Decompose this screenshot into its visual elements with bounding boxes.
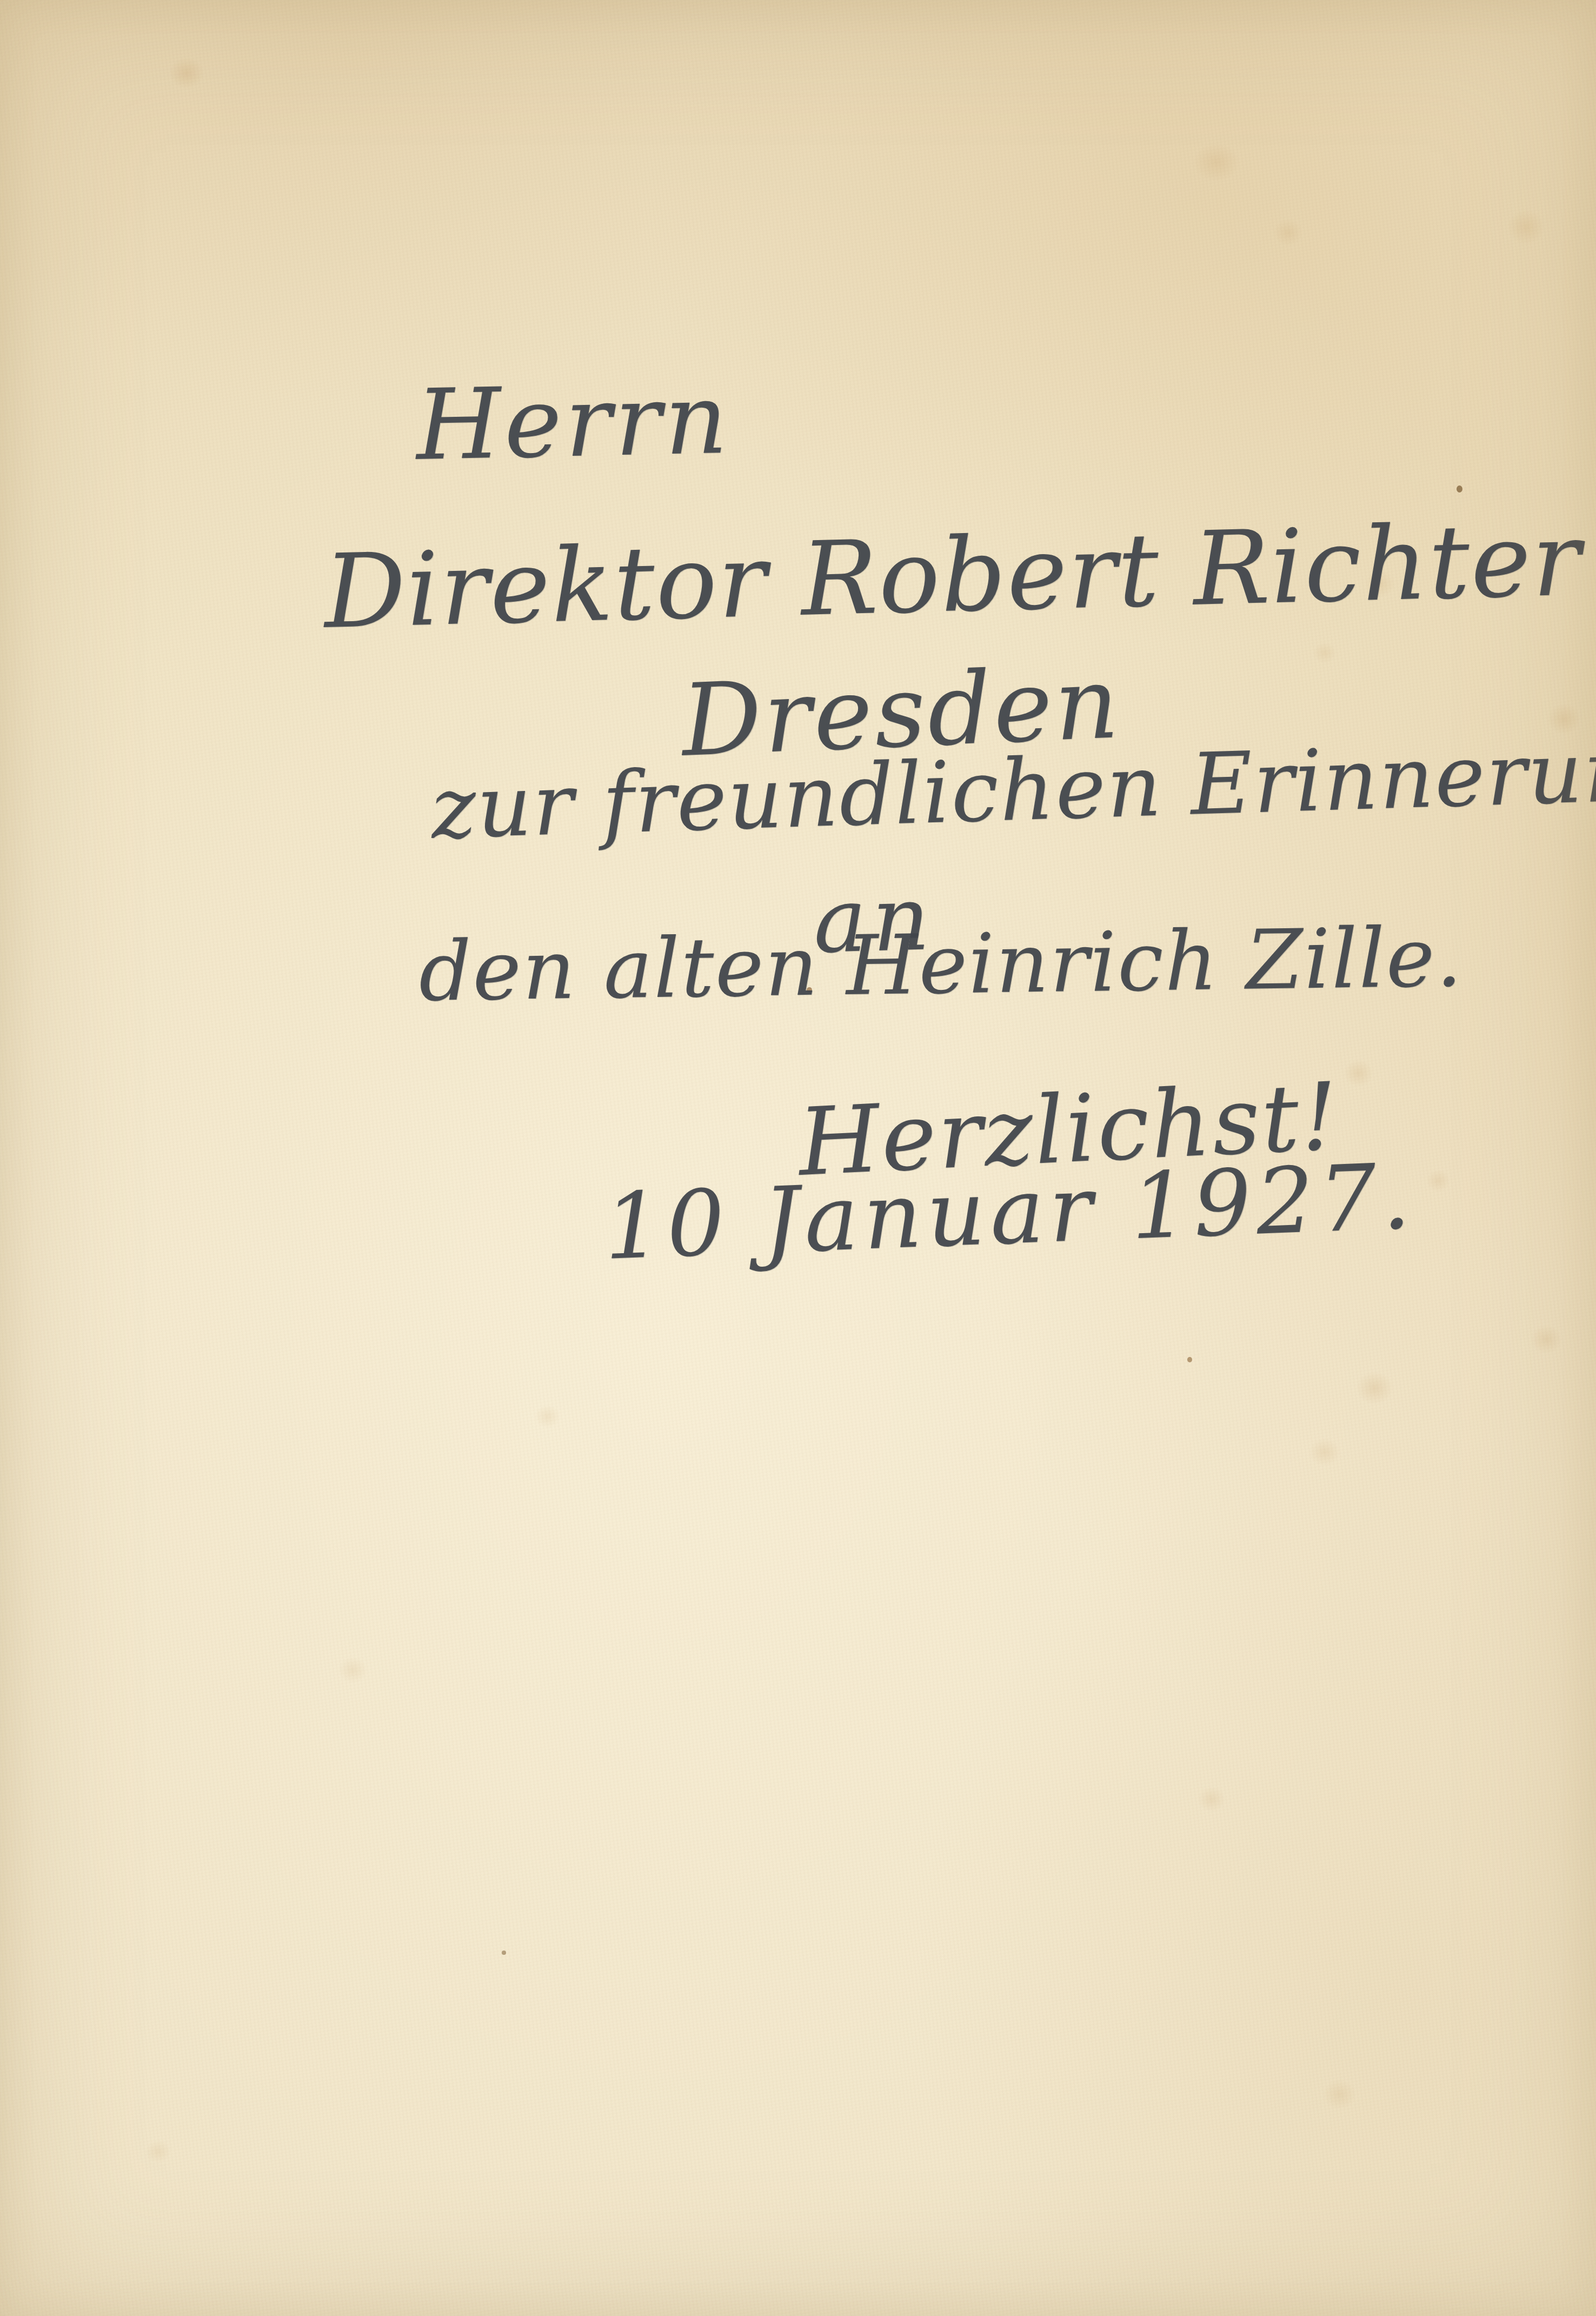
- paper-texture: [0, 0, 1596, 2316]
- inscription-line-signer: den alten Heinrich Zille.: [418, 916, 1464, 1013]
- ink-speck: [1457, 485, 1462, 493]
- inscription-line-greeting: Herzlichst!: [796, 1070, 1341, 1189]
- foxing-spot: [1422, 1165, 1454, 1196]
- foxing-spot: [1349, 1365, 1400, 1411]
- foxing-spot: [1316, 2073, 1362, 2115]
- foxing-spot: [1192, 1781, 1231, 1817]
- inscription-line-city: Dresden: [680, 653, 1122, 771]
- inscription-line-herrn: Herrn: [415, 371, 731, 475]
- inscription-line-an: an: [812, 874, 936, 966]
- foxing-spot: [1184, 135, 1249, 189]
- ink-speck: [1187, 1357, 1192, 1362]
- inscription-line-dedication: zur freundlichen Erinnerung: [430, 727, 1596, 851]
- ink-speck: [807, 987, 812, 993]
- ink-speck: [502, 1951, 506, 1955]
- foxing-spot: [1541, 697, 1587, 741]
- foxing-spot: [1360, 565, 1400, 603]
- foxing-spot: [1525, 1319, 1568, 1360]
- handwritten-inscription: Herrn Direktor Robert Richter Dresden zu…: [0, 0, 1596, 2316]
- foxing-spot: [162, 51, 211, 95]
- foxing-spot: [332, 1652, 373, 1688]
- foxing-spot: [1338, 1054, 1379, 1092]
- foxing-spot: [1268, 214, 1308, 251]
- foxing-spot: [1303, 1433, 1346, 1472]
- foxing-spot: [141, 2135, 176, 2168]
- inscription-line-recipient: Direktor Robert Richter: [323, 509, 1583, 643]
- foxing-spot: [1500, 203, 1552, 251]
- book-page: Herrn Direktor Robert Richter Dresden zu…: [0, 0, 1596, 2316]
- foxing-spot: [1308, 638, 1341, 668]
- foxing-spot: [530, 1400, 565, 1433]
- inscription-line-date: 10 Januar 1927.: [602, 1150, 1417, 1272]
